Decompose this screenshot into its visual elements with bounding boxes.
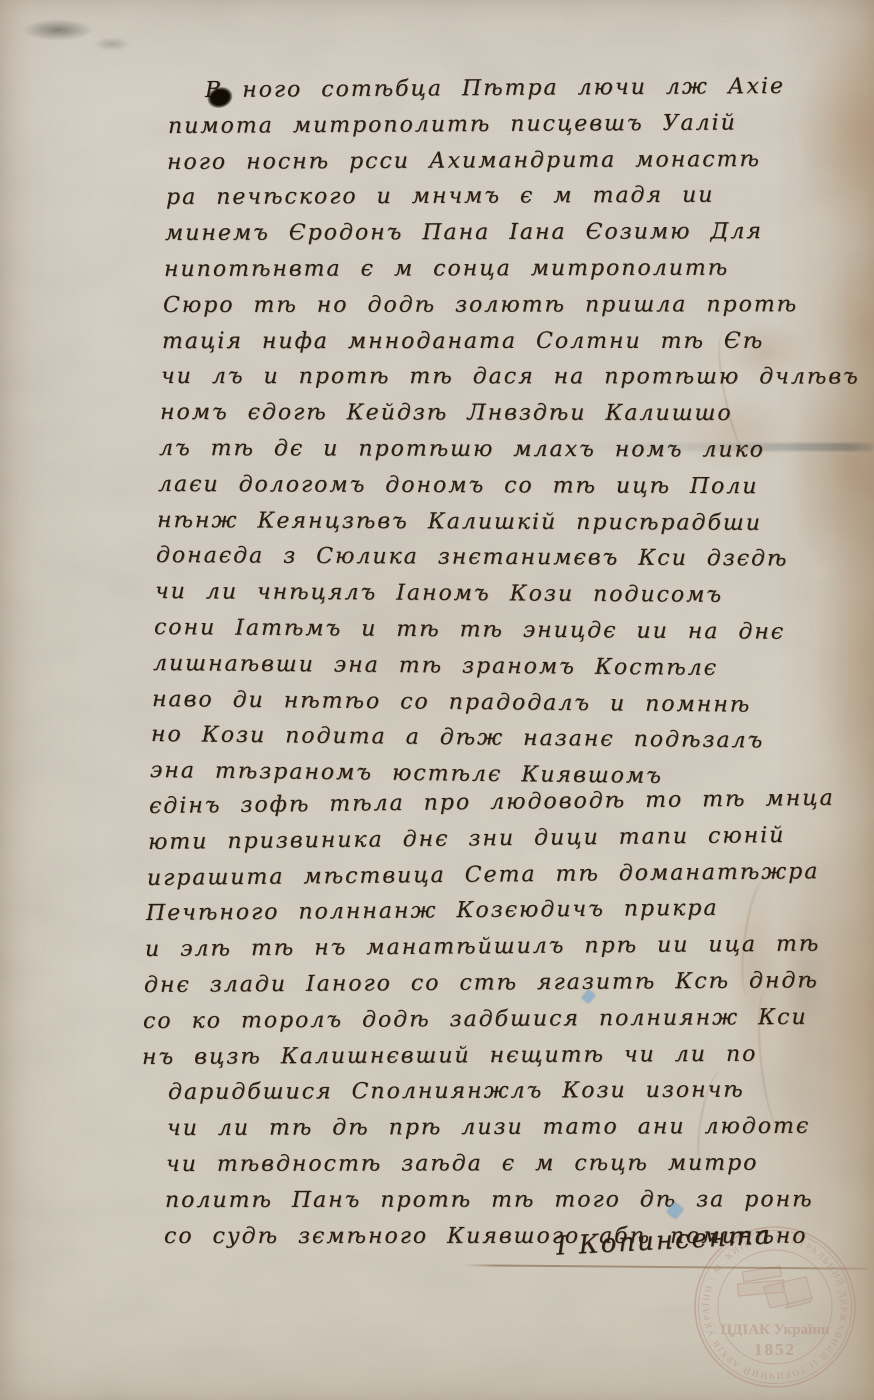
manuscript-line: чи ли тѣ дѣ прѣ лизи тато ани людотє [167,1112,810,1144]
manuscript-line: сони Іатѣмъ и тѣ тѣ эницдє ии на днє [154,613,785,648]
manuscript-line: лъ тѣ дє и протѣшю млахъ номъ лико [159,434,765,466]
manuscript-line: Сюро тѣ но додѣ золютѣ пришла протѣ [163,290,798,321]
manuscript-line: но Кози подита а дѣж назанє подѣзалъ [151,720,764,756]
manuscript-line: политѣ Панъ протѣ тѣ того дѣ за ронѣ [165,1185,814,1216]
manuscript-line: нъ вцзѣ Калишнєвший нєщитѣ чи ли по [142,1039,758,1072]
manuscript-page: ЦЕНТРАЛЬНИЙ ДЕРЖАВНИЙ ІСТОРИЧНИЙ АРХІВ У… [0,0,874,1400]
manuscript-line: чи ли чнѣцялъ Іаномъ Кози подисомъ [155,577,723,611]
manuscript-line: В ного сотѣбца Пѣтра лючи лж Ахіе [205,72,785,106]
manuscript-line: минемъ Єродонъ Пана Іана Єозимю Для [165,217,763,249]
manuscript-line: юти призвиника днє зни дици тапи сюній [148,821,786,858]
manuscript-line: ного носнѣ рсси Ахимандрита монастѣ [167,145,761,178]
manuscript-line: ра печѣского и мнчмъ є м тадя ии [166,181,715,213]
manuscript-line: пимота митрополитѣ писцевшъ Уалій [168,108,737,141]
manuscript-line: со ко торолъ додѣ задбшися полниянж Кси [143,1003,808,1037]
manuscript-line: чи лъ и протѣ тѣ дася на протѣшю дчлѣвъ [161,362,860,392]
manuscript-line: номъ єдогѣ Кейдзѣ Лнвздѣи Калишшо [160,398,733,429]
manuscript-line: играшита мѣствица Сета тѣ доманатѣжра [147,857,820,894]
manuscript-line: чи тѣвдностѣ заѣда є м сѣцѣ митро [166,1149,758,1180]
manuscript-text: В ного сотѣбца Пѣтра лючи лж Ахіепимота … [150,76,840,1276]
manuscript-line: донаєда з Сюлика знєтанимєвъ Кси дзєдѣ [156,541,789,575]
stamp-year: 1852 [754,1340,796,1359]
manuscript-line: Печѣного полннанж Козєюдичъ прикра [146,894,719,929]
stamp-abbr: ЦДІАК України [721,1322,830,1338]
manuscript-line: нѣнж Кеянцзѣвъ Калишкій присѣрадбши [157,506,762,539]
manuscript-line: и элѣ тѣ нъ манатѣйшилъ прѣ ии ица тѣ [145,930,821,965]
manuscript-line: тація нифа мнноданата Солтни тѣ Єѣ [162,326,764,356]
manuscript-line: наво ди нѣтѣо со прадодалъ и помннѣ [152,685,751,721]
manuscript-line: днє злади Іаного со стѣ ягазитѣ Ксѣ дндѣ [144,966,819,1001]
manuscript-line: лишнаѣвши эна тѣ зраномъ Костѣлє [153,649,718,684]
manuscript-line: лаєи дологомъ дономъ со тѣ ицѣ Поли [158,470,759,502]
manuscript-line: єдінъ зофѣ тѣла про людоводѣ то тѣ мнца [149,784,835,822]
manuscript-line: нипотѣнвта є м сонца митрополитѣ [164,254,729,285]
manuscript-line: даридбшися Сполниянжлъ Кози изончѣ [168,1076,745,1108]
